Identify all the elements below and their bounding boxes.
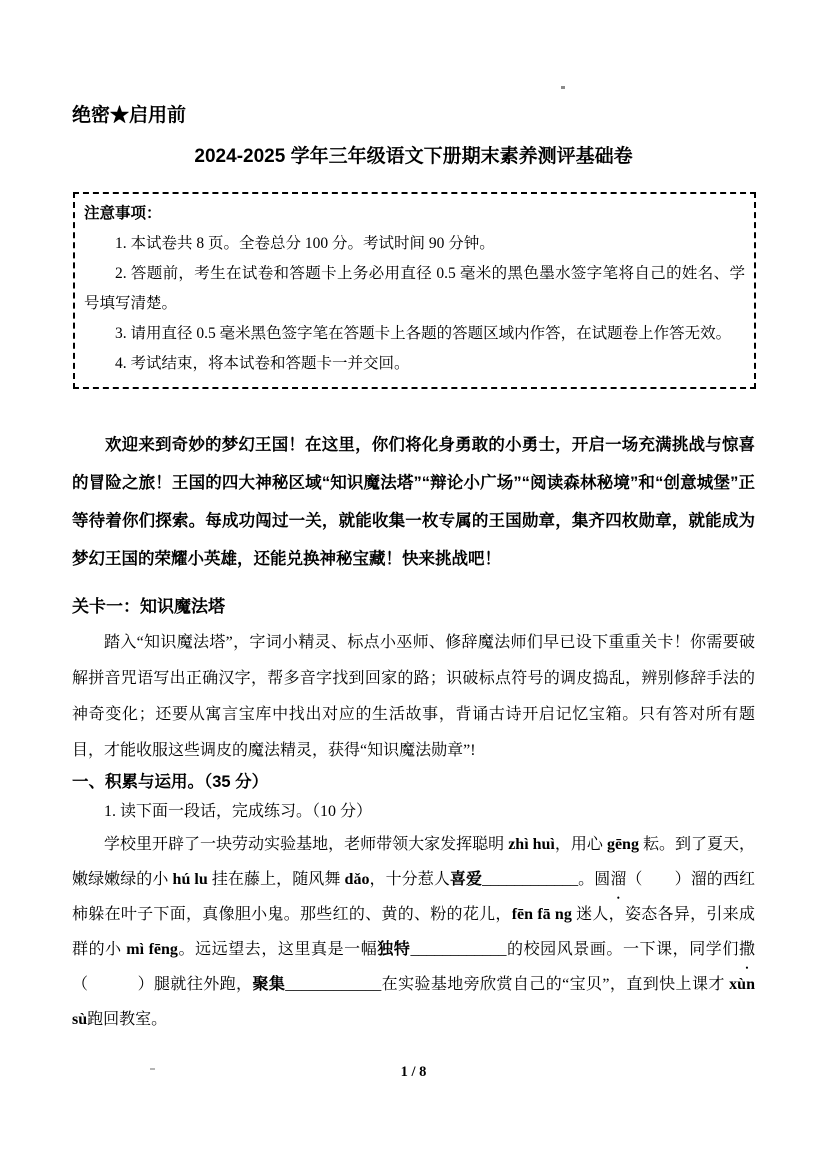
notice-box: 注意事项： 1. 本试卷共 8 页。全卷总分 100 分。考试时间 90 分钟。…	[73, 192, 756, 389]
text-segment-blank: ____________	[410, 941, 506, 958]
text-segment-bold: 聚集	[252, 976, 285, 993]
text-segment-pinyin: gēng	[607, 836, 639, 853]
section1-heading: 一、积累与运用。（35 分）	[72, 769, 755, 795]
exam-title: 2024-2025 学年三年级语文下册期末素养测评基础卷	[72, 144, 755, 170]
text-segment-normal: ，十分惹人	[369, 871, 449, 888]
text-segment-blank: ____________	[482, 871, 578, 888]
text-segment-normal: 。远远望去，这里真是一幅	[178, 941, 377, 958]
text-segment-pinyin: zhì huì	[508, 836, 555, 853]
text-segment-blank: ____________	[285, 976, 381, 993]
scan-artifact-dot	[561, 86, 565, 89]
text-segment-normal: 的校园风景画。一下课，同学们	[506, 941, 739, 958]
text-segment-bold: 独特	[377, 941, 410, 958]
text-segment-dotted: 溜	[610, 862, 626, 897]
text-segment-normal: 在实验基地旁欣赏自己的“宝贝”，直到快上课才	[381, 976, 729, 993]
text-segment-normal: 。圆	[578, 871, 610, 888]
notice-item-1: 1. 本试卷共 8 页。全卷总分 100 分。考试时间 90 分钟。	[84, 229, 745, 259]
notice-item-2: 2. 答题前，考生在试卷和答题卡上务必用直径 0.5 毫米的黑色墨水签字笔将自己…	[84, 259, 745, 319]
text-segment-pinyin: mì fēng	[126, 941, 178, 958]
question1-label: 1. 读下面一段话，完成练习。（10 分）	[72, 799, 755, 825]
notice-item-3: 3. 请用直径 0.5 毫米黑色签字笔在答题卡上各题的答题区域内作答，在试题卷上…	[84, 319, 745, 349]
level1-description: 踏入“知识魔法塔”，字词小精灵、标点小巫师、修辞魔法师们早已设下重重关卡！你需要…	[72, 625, 755, 769]
secret-classification-label: 绝密★启用前	[72, 104, 755, 128]
text-segment-normal: （ ）腿就往外跑，	[72, 976, 252, 993]
scan-artifact-dot	[150, 1068, 155, 1070]
page-number: 1 / 8	[0, 1064, 827, 1081]
text-segment-bold: 喜爱	[450, 871, 482, 888]
text-segment-normal: 挂在藤上，随风舞	[208, 871, 345, 888]
level1-heading: 关卡一：知识魔法塔	[72, 594, 755, 620]
text-segment-normal: 学校里开辟了一块劳动实验基地，老师带领大家发挥聪明	[104, 836, 508, 853]
text-segment-normal: 跑回教室。	[87, 1011, 167, 1028]
text-segment-pinyin: hú lu	[173, 871, 208, 888]
intro-paragraph: 欢迎来到奇妙的梦幻王国！在这里，你们将化身勇敢的小勇士，开启一场充满挑战与惊喜的…	[72, 426, 755, 578]
text-segment-normal: ，用心	[555, 836, 607, 853]
notice-heading: 注意事项：	[84, 199, 745, 229]
text-segment-pinyin: fēn fā ng	[512, 906, 572, 923]
exam-page: { "page": { "classification_label": "绝密★…	[0, 0, 827, 1169]
text-segment-dotted: 撒	[739, 932, 755, 967]
question1-passage: 学校里开辟了一块劳动实验基地，老师带领大家发挥聪明 zhì huì，用心 gēn…	[72, 827, 755, 1037]
text-segment-pinyin: dǎo	[345, 871, 370, 888]
notice-item-4: 4. 考试结束，将本试卷和答题卡一并交回。	[84, 349, 745, 379]
